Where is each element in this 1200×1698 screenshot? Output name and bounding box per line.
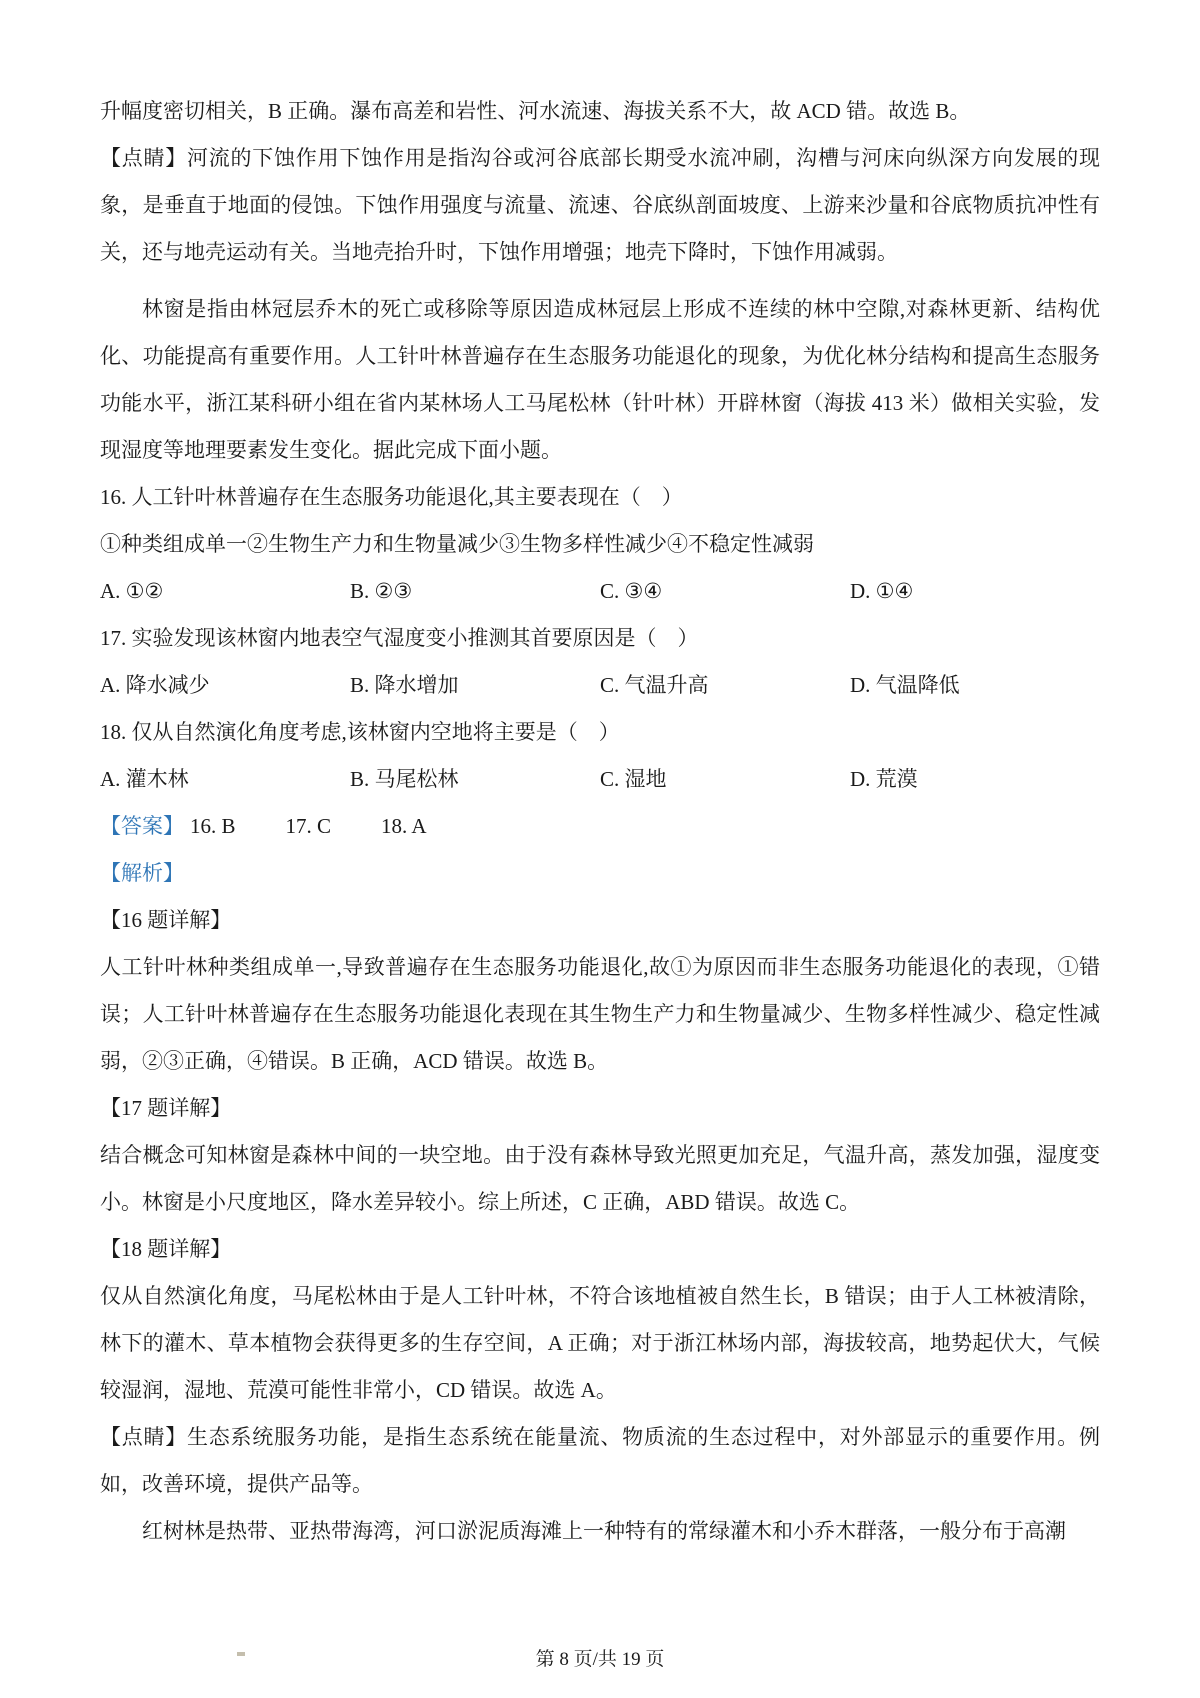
question-17-option-b: B. 降水增加 — [350, 662, 600, 709]
document-page: 升幅度密切相关，B 正确。瀑布高差和岩性、河水流速、海拔关系不大，故 ACD 错… — [0, 0, 1200, 1698]
question-16-option-b: B. ②③ — [350, 568, 600, 615]
question-17-stem: 17. 实验发现该林窗内地表空气湿度变小推测其首要原因是（ ） — [100, 615, 1100, 662]
question-16-option-a: A. ①② — [100, 568, 350, 615]
question-16-option-d: D. ①④ — [850, 568, 1100, 615]
question-17-option-d: D. 气温降低 — [850, 662, 1100, 709]
question-16-items: ①种类组成单一②生物生产力和生物量减少③生物多样性减少④不稳定性减弱 — [100, 521, 1100, 568]
answer-q18: 18. A — [381, 814, 427, 838]
page-content: 升幅度密切相关，B 正确。瀑布高差和岩性、河水流速、海拔关系不大，故 ACD 错… — [100, 88, 1100, 1555]
question-18-options: A. 灌木林 B. 马尾松林 C. 湿地 D. 荒漠 — [100, 756, 1100, 803]
question-16-stem: 16. 人工针叶林普遍存在生态服务功能退化,其主要表现在（ ） — [100, 474, 1100, 521]
detail-16-text: 人工针叶林种类组成单一,导致普遍存在生态服务功能退化,故①为原因而非生态服务功能… — [100, 944, 1100, 1085]
question-18-stem: 18. 仅从自然演化角度考虑,该林窗内空地将主要是（ ） — [100, 709, 1100, 756]
question-18-option-b: B. 马尾松林 — [350, 756, 600, 803]
paragraph-conclusion: 升幅度密切相关，B 正确。瀑布高差和岩性、河水流速、海拔关系不大，故 ACD 错… — [100, 88, 1100, 135]
dianjing-ecosystem-label: 【点睛】 — [100, 1425, 187, 1449]
paragraph-next-material-mangrove: 红树林是热带、亚热带海湾，河口淤泥质海滩上一种特有的常绿灌木和小乔木群落，一般分… — [100, 1508, 1100, 1555]
dianjing-rivers-text: 河流的下蚀作用下蚀作用是指沟谷或河谷底部长期受水流冲刷，沟槽与河床向纵深方向发展… — [100, 146, 1100, 264]
question-17-option-c: C. 气温升高 — [600, 662, 850, 709]
detail-17-text: 结合概念可知林窗是森林中间的一块空地。由于没有森林导致光照更加充足，气温升高，蒸… — [100, 1132, 1100, 1226]
paragraph-material-forest-gap: 林窗是指由林冠层乔木的死亡或移除等原因造成林冠层上形成不连续的林中空隙,对森林更… — [100, 286, 1100, 474]
answer-label: 【答案】 — [100, 814, 184, 838]
question-18-option-a: A. 灌木林 — [100, 756, 350, 803]
question-16-options: A. ①② B. ②③ C. ③④ D. ①④ — [100, 568, 1100, 615]
page-number-indicator: 第 8 页/共 19 页 — [536, 1649, 665, 1670]
detail-18-text: 仅从自然演化角度，马尾松林由于是人工针叶林，不符合该地植被自然生长，B 错误；由… — [100, 1273, 1100, 1414]
dianjing-ecosystem-text: 生态系统服务功能，是指生态系统在能量流、物质流的生态过程中，对外部显示的重要作用… — [100, 1425, 1100, 1496]
answer-line: 【答案】16. B17. C18. A — [100, 803, 1100, 850]
paragraph-dianjing-ecosystem: 【点睛】生态系统服务功能，是指生态系统在能量流、物质流的生态过程中，对外部显示的… — [100, 1414, 1100, 1508]
detail-17-header: 【17 题详解】 — [100, 1085, 1100, 1132]
detail-16-header: 【16 题详解】 — [100, 897, 1100, 944]
dianjing-rivers-label: 【点睛】 — [100, 146, 187, 170]
question-17-options: A. 降水减少 B. 降水增加 C. 气温升高 D. 气温降低 — [100, 662, 1100, 709]
question-17-option-a: A. 降水减少 — [100, 662, 350, 709]
paragraph-dianjing-rivers: 【点睛】河流的下蚀作用下蚀作用是指沟谷或河谷底部长期受水流冲刷，沟槽与河床向纵深… — [100, 135, 1100, 276]
question-18-option-d: D. 荒漠 — [850, 756, 1100, 803]
analysis-label: 【解析】 — [100, 850, 1100, 897]
answer-q16: 16. B — [190, 814, 236, 838]
answer-q17: 17. C — [286, 814, 332, 838]
page-footer: 第 8 页/共 19 页 — [0, 1645, 1200, 1675]
question-18-option-c: C. 湿地 — [600, 756, 850, 803]
detail-18-header: 【18 题详解】 — [100, 1226, 1100, 1273]
question-16-option-c: C. ③④ — [600, 568, 850, 615]
